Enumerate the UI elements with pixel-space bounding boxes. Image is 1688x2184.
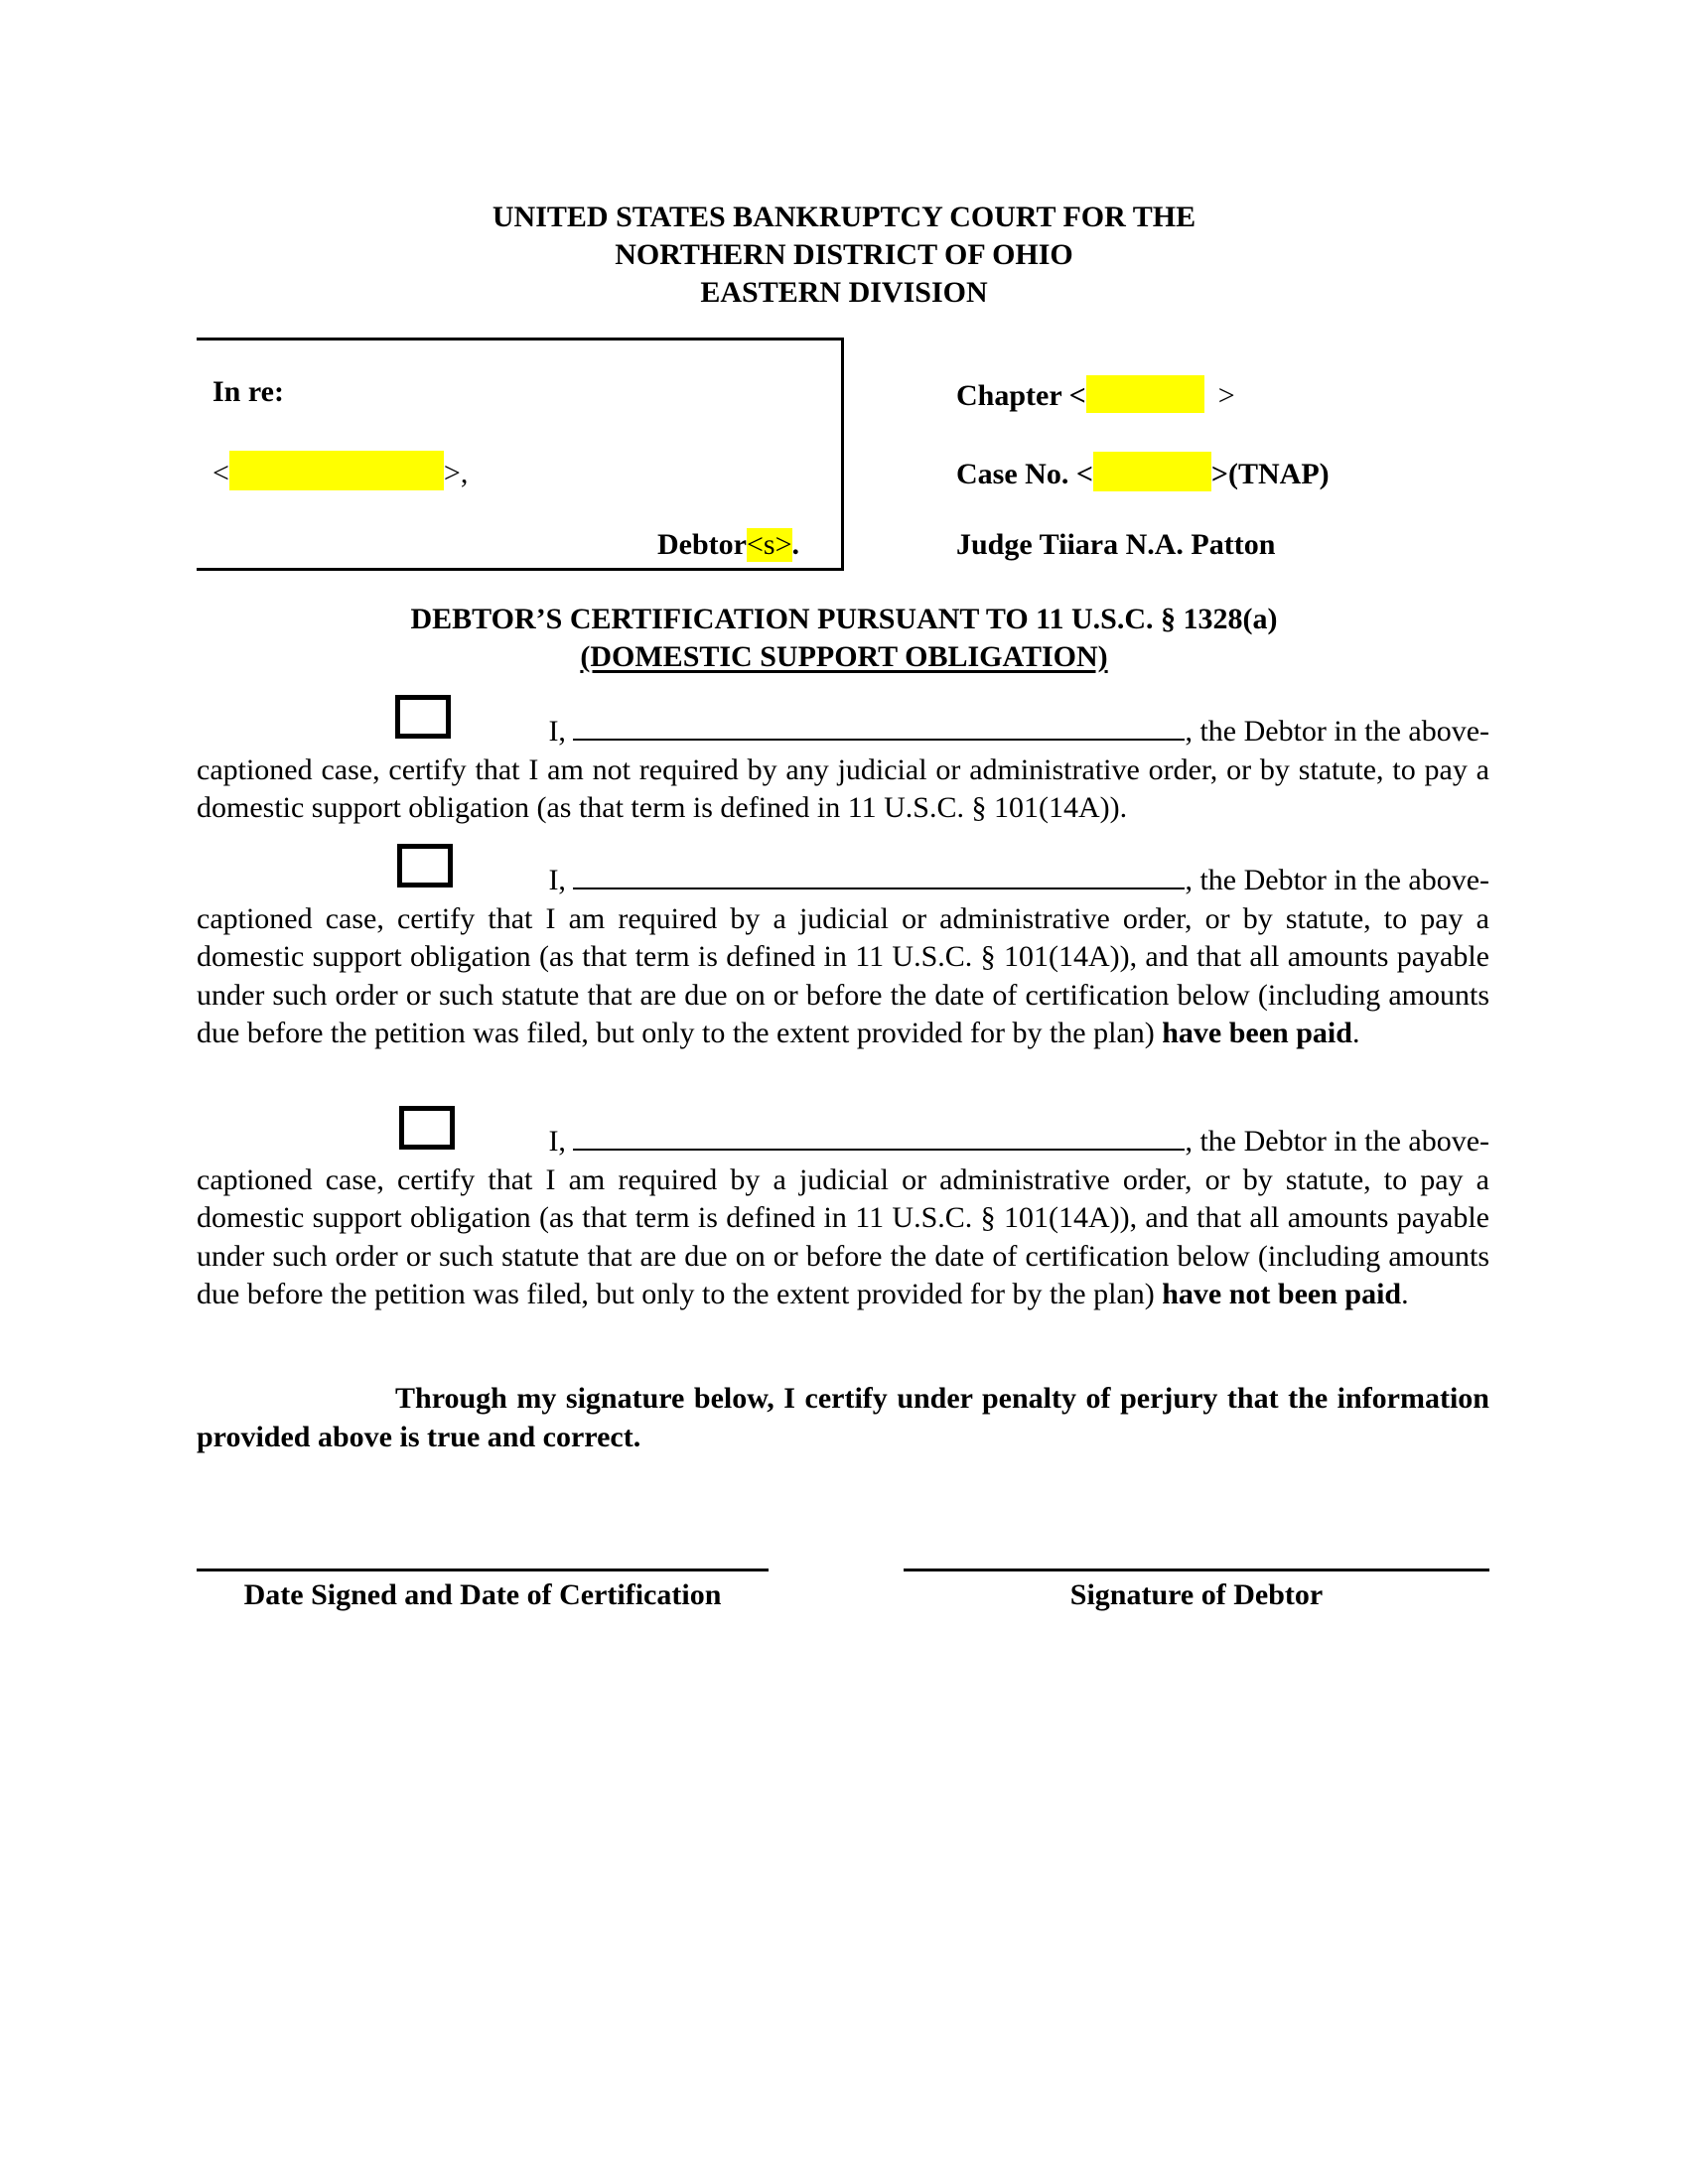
option-3-first-line: I, , the Debtor in the above-	[197, 1121, 1489, 1161]
case-number-label: Case No. <	[956, 458, 1093, 490]
date-signature-line[interactable]	[197, 1569, 769, 1571]
debtor-name-open-bracket: <	[212, 457, 229, 489]
case-number-field[interactable]	[1093, 452, 1211, 491]
court-name-line1: UNITED STATES BANKRUPTCY COURT FOR THE	[0, 199, 1688, 236]
option-3-bold-tail: have not been paid	[1162, 1278, 1401, 1310]
option-1-prefix: I,	[548, 715, 566, 748]
document-subtitle-text: (DOMESTIC SUPPORT OBLIGATION)	[580, 640, 1107, 673]
option-2-first-line: I, , the Debtor in the above-	[197, 860, 1489, 900]
signature-of-debtor-label: Signature of Debtor	[904, 1578, 1489, 1612]
attestation-statement: Through my signature below, I certify un…	[197, 1380, 1489, 1456]
option-2-name-field[interactable]	[573, 860, 1185, 889]
option-2-suffix: , the Debtor in the above-	[1185, 864, 1489, 896]
document-title: DEBTOR’S CERTIFICATION PURSUANT TO 11 U.…	[0, 603, 1688, 636]
option-2-paragraph: I, , the Debtor in the above- captioned …	[197, 860, 1489, 1053]
debtor-name-field[interactable]	[229, 451, 444, 490]
chapter-close-bracket: >	[1218, 379, 1235, 412]
option-1-body: captioned case, certify that I am not re…	[197, 753, 1489, 825]
chapter-label: Chapter <	[956, 379, 1086, 412]
debtor-name-line: <>,	[212, 451, 468, 490]
option-1-suffix: , the Debtor in the above-	[1185, 715, 1489, 748]
option-2-prefix: I,	[548, 864, 566, 896]
judge-name: Judge Tiiara N.A. Patton	[956, 528, 1275, 562]
option-3-name-field[interactable]	[573, 1121, 1185, 1151]
option-3-suffix: , the Debtor in the above-	[1185, 1125, 1489, 1158]
in-re-label: In re:	[212, 375, 284, 409]
option-1-first-line: I, , the Debtor in the above-	[197, 711, 1489, 751]
option-1-name-field[interactable]	[573, 711, 1185, 741]
debtor-period: .	[792, 528, 800, 561]
debtor-label: Debtor	[657, 528, 747, 561]
chapter-field[interactable]	[1086, 375, 1204, 413]
debtor-signature-line[interactable]	[904, 1569, 1489, 1571]
option-2-bold-tail: have been paid	[1162, 1017, 1352, 1049]
option-3-end: .	[1401, 1278, 1409, 1310]
debtor-label-line: Debtor<s>.	[657, 528, 799, 562]
debtor-name-close-bracket: >,	[444, 457, 468, 489]
option-2-end: .	[1352, 1017, 1360, 1049]
court-name-line2: NORTHERN DISTRICT OF OHIO	[0, 236, 1688, 274]
document-subtitle: (DOMESTIC SUPPORT OBLIGATION)	[0, 640, 1688, 674]
case-number-line: Case No. <>(TNAP)	[956, 452, 1330, 491]
court-division: EASTERN DIVISION	[0, 274, 1688, 312]
chapter-line: Chapter <>	[956, 375, 1235, 413]
option-3-prefix: I,	[548, 1125, 566, 1158]
debtor-plural-suffix[interactable]: <s>	[747, 528, 792, 562]
option-3-paragraph: I, , the Debtor in the above- captioned …	[197, 1121, 1489, 1314]
case-number-suffix: >(TNAP)	[1211, 458, 1330, 490]
option-1-paragraph: I, , the Debtor in the above- captioned …	[197, 711, 1489, 828]
date-signed-label: Date Signed and Date of Certification	[197, 1578, 769, 1612]
